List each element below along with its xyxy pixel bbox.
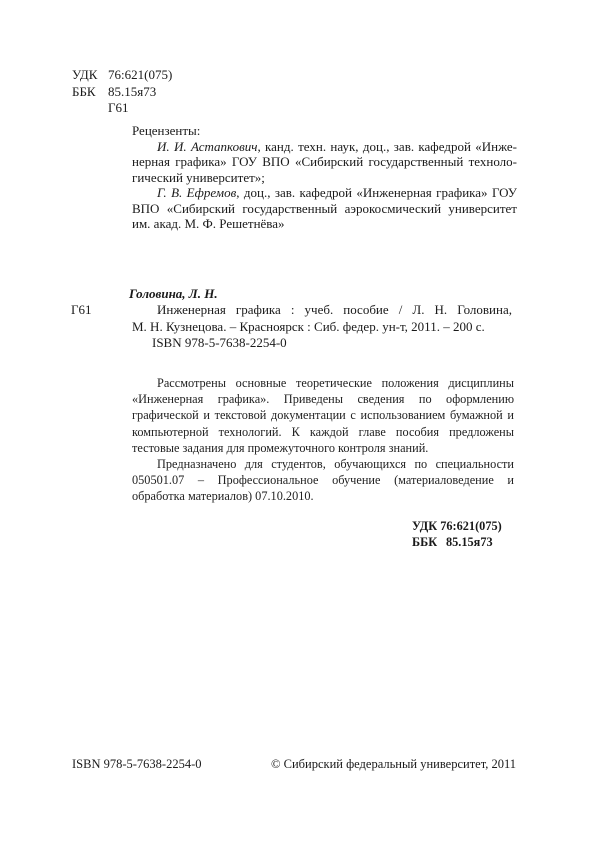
bibliographic-description: Инженерная графика : учеб. пособие / Л. … <box>132 302 512 352</box>
classification-block: УДК76:621(075) ББК85.15я73 Г61 <box>72 67 172 117</box>
author-mark: Г61 <box>72 100 172 117</box>
classification-codes-bold: УДК 76:621(075) ББК85.15я73 <box>412 518 502 550</box>
reviewer-2-line-2: ВПО «Сибирский государственный аэрокосми… <box>132 201 517 217</box>
reviewer-1-line-1: И. И. Астапкович, канд. техн. наук, доц.… <box>132 139 517 155</box>
udk-row: УДК76:621(075) <box>72 67 172 84</box>
reviewer-2-line-1: Г. В. Ефремов, доц., зав. кафедрой «Инже… <box>132 185 517 201</box>
reviewers-block: Рецензенты: И. И. Астапкович, канд. техн… <box>132 123 517 232</box>
book-author: Головина, Л. Н. <box>129 286 218 302</box>
bbk-label: ББК <box>72 84 108 101</box>
reviewer-2-name: Г. В. Ефремов <box>157 185 236 200</box>
bib-author-mark: Г61 <box>71 302 92 318</box>
bib-isbn: ISBN 978-5-7638-2254-0 <box>132 335 512 352</box>
udk-label: УДК <box>72 67 108 84</box>
footer-isbn: ISBN 978-5-7638-2254-0 <box>72 757 202 772</box>
udk-bold: УДК 76:621(075) <box>412 518 502 534</box>
bib-title-line: Инженерная графика : учеб. пособие / Л. … <box>132 302 512 319</box>
reviewer-1-line-2: нерная графика» ГОУ ВПО «Сибирский госуд… <box>132 154 517 170</box>
udk-value: 76:621(075) <box>108 67 172 82</box>
reviewers-heading: Рецензенты: <box>132 123 517 139</box>
bib-publisher-line: М. Н. Кузнецова. – Красноярск : Сиб. фед… <box>132 319 512 336</box>
footer-copyright: © Сибирский федеральный университет, 201… <box>271 757 516 772</box>
reviewer-2-line-3: им. акад. М. Ф. Решетнёва» <box>132 216 517 232</box>
annotation-paragraph-2: Предназначено для студентов, обучающихся… <box>132 456 514 505</box>
annotation-block: Рассмотрены основные теоретические полож… <box>132 375 514 505</box>
bbk-bold-label: ББК <box>412 534 446 550</box>
bbk-bold-value: 85.15я73 <box>446 535 493 549</box>
reviewer-1-name: И. И. Астапкович <box>157 139 257 154</box>
bbk-row: ББК85.15я73 <box>72 84 172 101</box>
bbk-value: 85.15я73 <box>108 84 156 99</box>
reviewer-1-line-3: гический университет»; <box>132 170 517 186</box>
bbk-bold-row: ББК85.15я73 <box>412 534 502 550</box>
annotation-paragraph-1: Рассмотрены основные теоретические полож… <box>132 375 514 456</box>
